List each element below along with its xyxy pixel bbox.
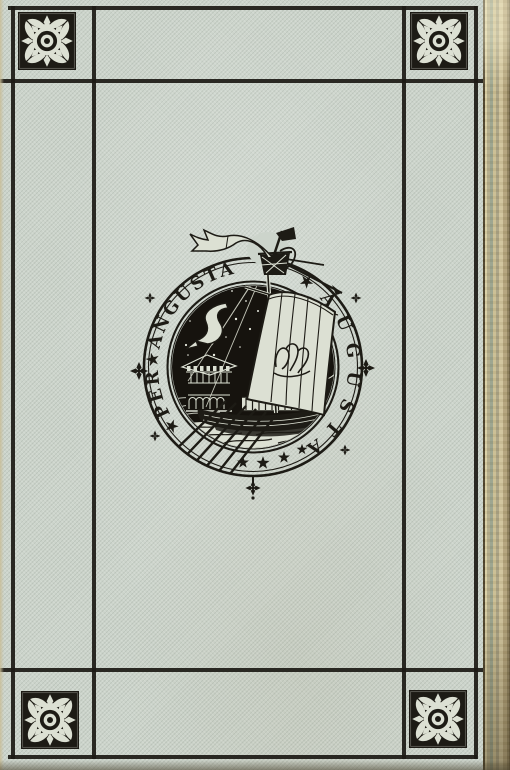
corner-rosette-icon [21,691,79,749]
book-cover-photo: ★PER★ANGUSTA★ ★AUGUSTA [0,0,510,770]
corner-rosette-icon [18,12,76,70]
front-cover-cloth: ★PER★ANGUSTA★ ★AUGUSTA [0,0,483,770]
frame-rule-outer-top [8,6,477,10]
frame-rule-inner-top [0,79,483,83]
publisher-device-emblem: ★PER★ANGUSTA★ ★AUGUSTA [128,225,378,515]
bottom-shadow-edge [0,760,510,770]
worn-left-edge [0,0,4,770]
frame-rule-inner-left [92,6,96,759]
frame-rule-outer-left [11,6,15,759]
book-page-edge [483,0,510,770]
pendant-fleur-icon [245,476,260,500]
castle-icon [182,355,236,411]
frame-rule-outer-right [474,6,478,759]
frame-rule-inner-bottom [0,668,483,672]
crows-nest-icon [258,252,292,275]
frame-rule-outer-bottom [8,755,477,759]
frame-rule-inner-right [402,6,406,759]
corner-rosette-icon [409,690,467,748]
corner-rosette-icon [410,12,468,70]
